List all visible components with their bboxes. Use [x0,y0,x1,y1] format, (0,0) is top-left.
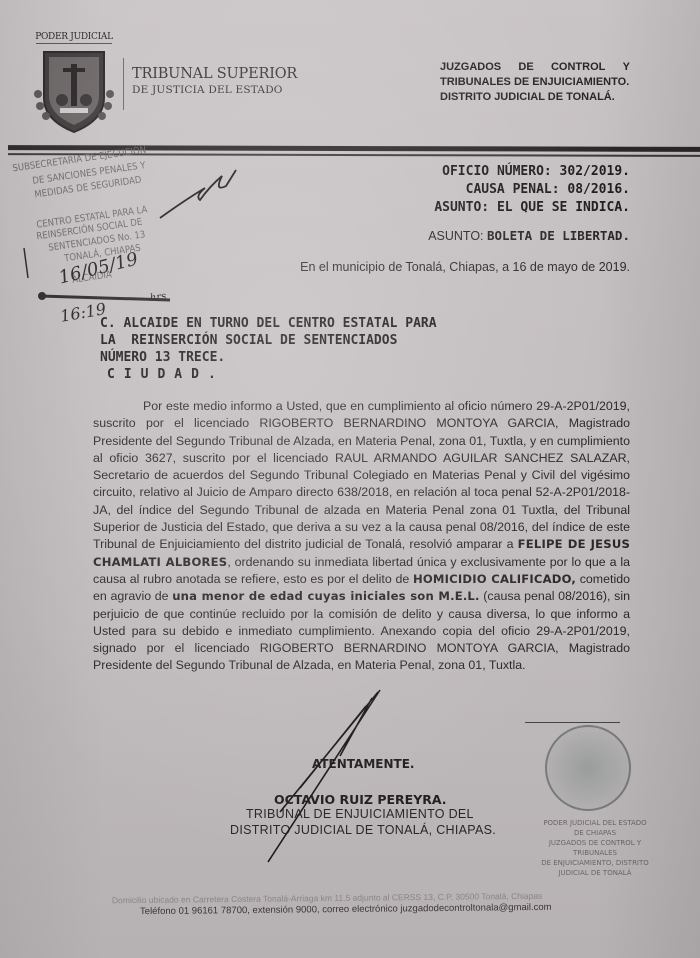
handwriting-overlay [0,0,700,958]
signature-stroke-icon [268,690,380,862]
stamp-signature-icon [160,170,236,218]
stamp-mark-icon [24,248,28,278]
stamp-underline-icon [40,296,170,300]
scanned-document-page: PODER JUDICIAL TRIBUNAL SUPERIOR DE JUST… [0,0,700,958]
